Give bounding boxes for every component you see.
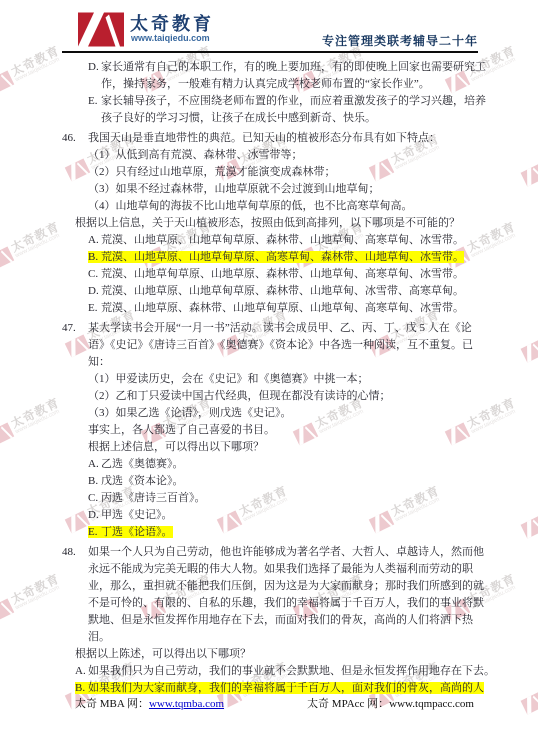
document-page: 太奇教育 www.taiqiedu.com 太奇教育 www.taiqiedu.… — [0, 0, 538, 739]
header-divider — [62, 51, 478, 53]
brand-url: www.taiqiedu.com — [131, 33, 210, 43]
taiqi-logo-icon — [78, 12, 124, 47]
page-header: 太奇教育 www.taiqiedu.com 专注管理类联考辅导二十年 — [0, 0, 538, 739]
header-slogan: 专注管理类联考辅导二十年 — [322, 32, 478, 49]
